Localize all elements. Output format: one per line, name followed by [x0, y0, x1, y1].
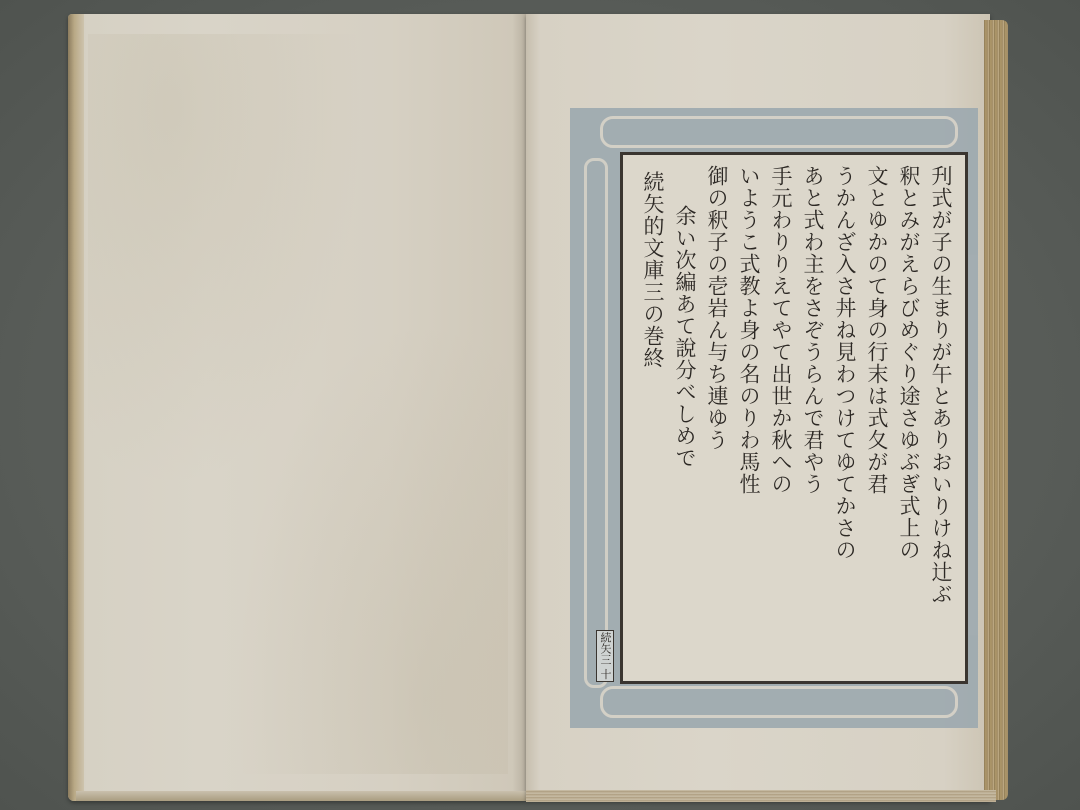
text-column: 文とゆかのて身の行末は式夂が君: [861, 165, 891, 671]
paper-stain: [88, 34, 508, 774]
text-column: 御の釈子の壱岩ん与ち連ゆう: [701, 165, 731, 671]
text-column: 余い次編あて說分べしめで: [669, 165, 699, 671]
left-page-blank: [68, 14, 526, 801]
text-column: うかんざ入さ丼ね見わつけてゆてかさの: [829, 165, 859, 671]
text-columns: 刋式が子の生まりが午とありおいりけね辻ぶ 釈とみがえらびめぐり途さゆぶぎ式上の …: [633, 165, 955, 671]
closing-title-column: 続矢的文庫三の巻終: [637, 165, 667, 671]
vine-pattern-top: [600, 116, 958, 148]
text-panel: 刋式が子の生まりが午とありおいりけね辻ぶ 釈とみがえらびめぐり途さゆぶぎ式上の …: [620, 152, 968, 684]
vine-pattern-left: [584, 158, 608, 688]
text-column: 手元わりりえてやて出世か秋への: [765, 165, 795, 671]
text-column: いようこ式教よ身の名のりわ馬性: [733, 165, 763, 671]
text-column: 釈とみがえらびめぐり途さゆぶぎ式上の: [893, 165, 923, 671]
text-column: 刋式が子の生まりが午とありおいりけね辻ぶ: [925, 165, 955, 671]
page-stack-edge: [984, 20, 1008, 800]
text-column: あと式わ主をさぞうらんで君やう: [797, 165, 827, 671]
vine-pattern-bottom: [600, 686, 958, 718]
right-bottom-edge: [526, 790, 996, 802]
left-page-edge: [68, 14, 84, 801]
left-bottom-edge: [76, 791, 526, 801]
folio-label: 続矢三 十: [596, 630, 614, 682]
